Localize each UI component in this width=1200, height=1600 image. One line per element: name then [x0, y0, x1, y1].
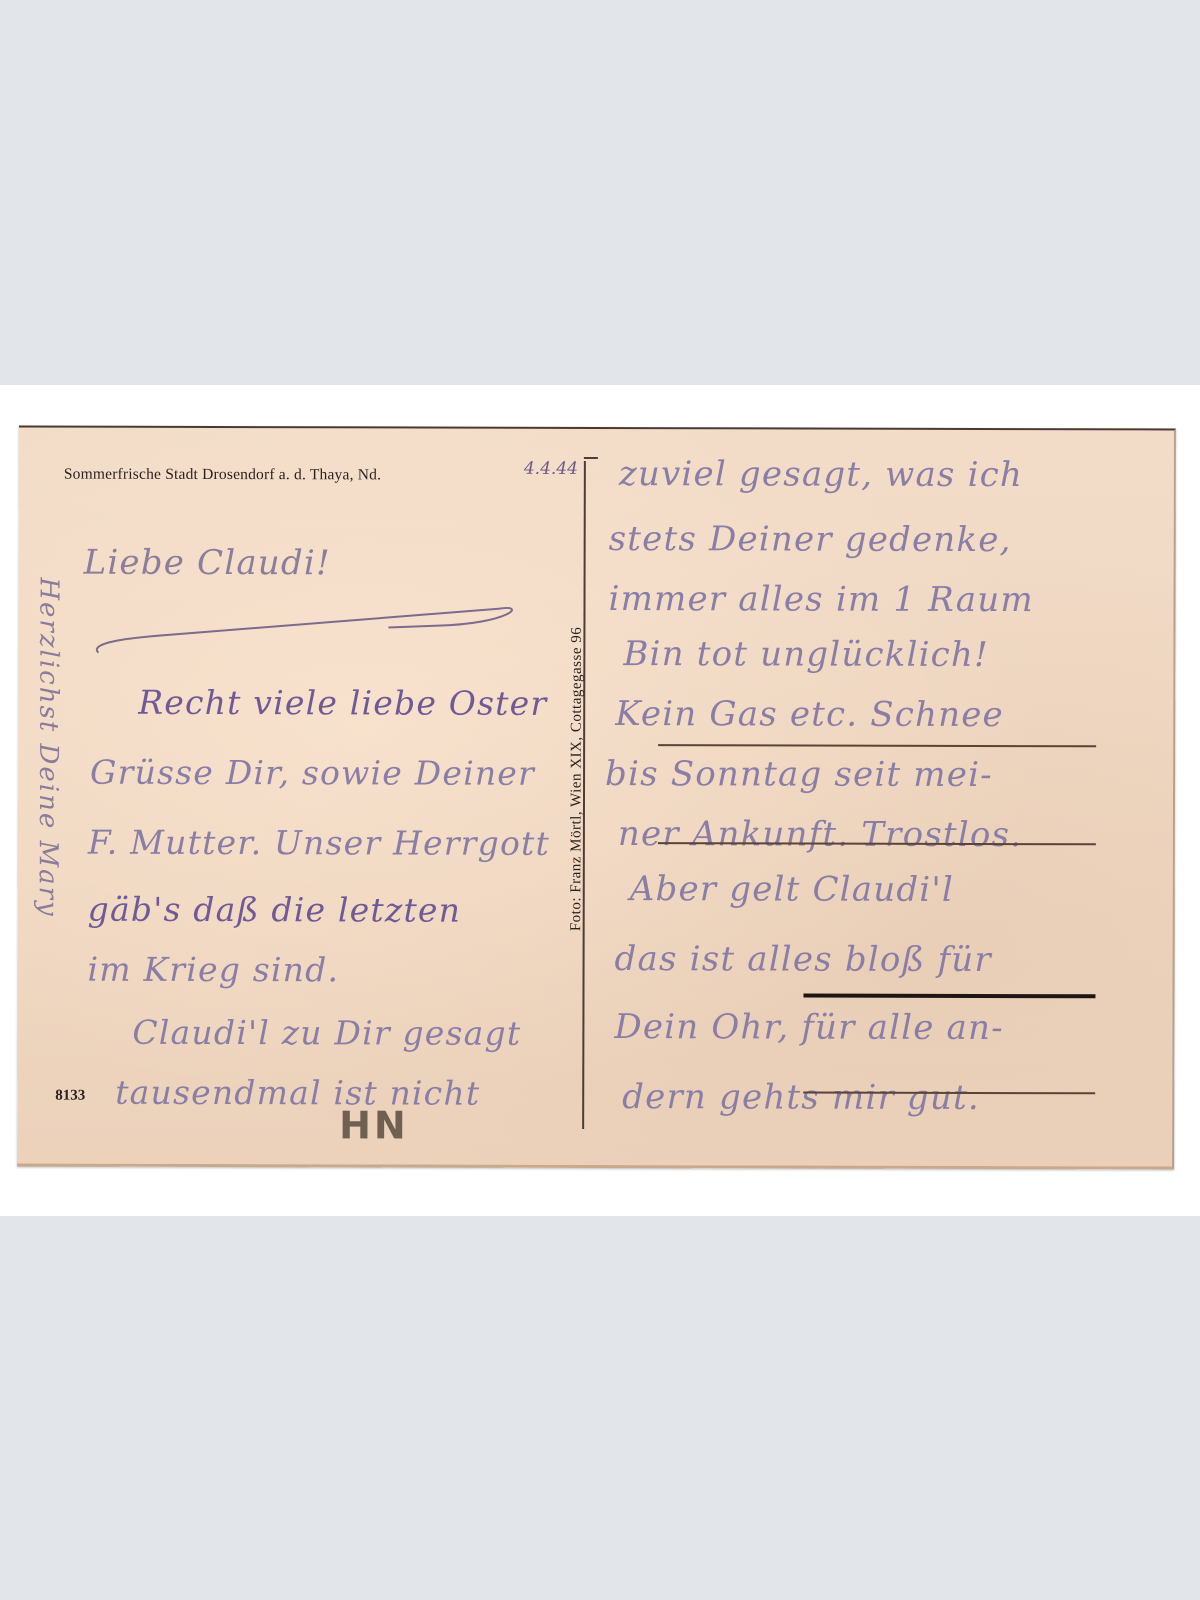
message-line: stets Deiner gedenke,: [609, 519, 1012, 560]
message-line: zuviel gesagt, was ich: [619, 454, 1023, 495]
message-line: Dein Ohr, für alle an-: [614, 1007, 1004, 1048]
message-line: immer alles im 1 Raum: [608, 579, 1033, 620]
message-right-column: zuviel gesagt, was ich stets Deiner gede…: [19, 427, 1174, 430]
publisher-credit: Foto: Franz Mörtl, Wien XIX, Cottagegass…: [568, 627, 586, 931]
message-line: Claudi'l zu Dir gesagt: [132, 1013, 521, 1053]
message-left-column: Recht viele liebe Oster Grüsse Dir, sowi…: [19, 427, 1174, 430]
flourish-underline: [88, 593, 518, 664]
postcard-back: Sommerfrische Stadt Drosendorf a. d. Tha…: [17, 425, 1176, 1169]
handwritten-date: 4.4.44: [524, 459, 578, 479]
message-line: bis Sonntag seit mei-: [605, 754, 993, 795]
series-number: 8133: [55, 1088, 85, 1105]
address-rule-3: [803, 994, 1095, 998]
message-line: Recht viele liebe Oster: [138, 683, 547, 723]
message-line: ner Ankunft. Trostlos.: [618, 814, 1022, 855]
message-line: Grüsse Dir, sowie Deiner: [90, 753, 535, 793]
stamp-mark: HN: [339, 1103, 409, 1147]
message-line: im Krieg sind.: [87, 950, 339, 990]
date-tick-mark: [584, 457, 598, 459]
message-line: das ist alles bloß für: [615, 939, 992, 980]
message-line: tausendmal ist nicht: [115, 1073, 480, 1113]
message-line: Kein Gas etc. Schnee: [615, 694, 1004, 735]
message-line: gäb's daß die letzten: [88, 890, 462, 930]
message-line: Bin tot unglücklich!: [623, 634, 989, 675]
handwritten-greeting: Liebe Claudi!: [84, 543, 331, 584]
address-rule-1: [658, 744, 1096, 747]
printed-location-title: Sommerfrische Stadt Drosendorf a. d. Tha…: [64, 466, 381, 485]
message-line: Aber gelt Claudi'l: [630, 869, 954, 910]
message-line: dern gehts mir gut.: [622, 1077, 980, 1118]
message-line: F. Mutter. Unser Herrgott: [88, 823, 550, 863]
handwritten-side-note: Herzlichst Deine Mary: [33, 577, 64, 917]
